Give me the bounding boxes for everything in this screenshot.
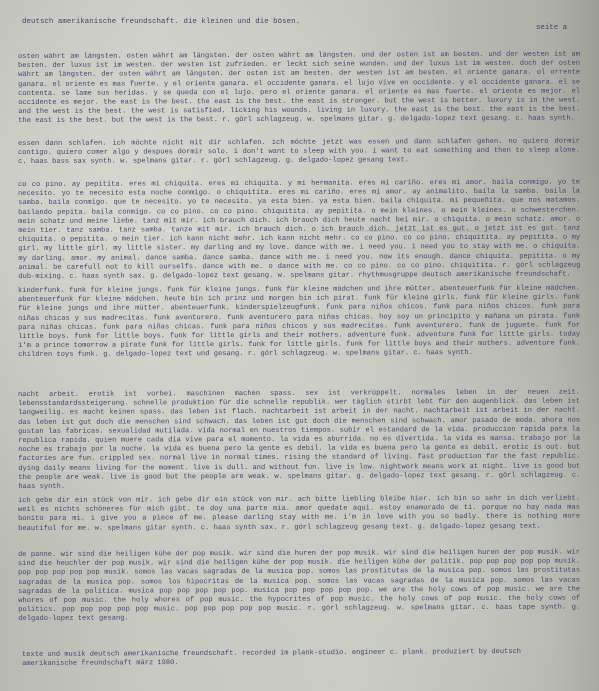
- lyric-paragraph-osten-waehrt-am-laengsten: osten währt am längsten. osten währt am …: [18, 51, 580, 127]
- lyric-paragraph-nacht-arbeit: nacht arbeit. erotik ist vorbei. maschin…: [18, 389, 580, 493]
- lyric-paragraph-ich-gebe-dir: ich gebe dir ein stück von mir. ich gebe…: [18, 495, 580, 534]
- document-title: deutsch amerikanische freundschaft. die …: [22, 18, 300, 26]
- production-credits: texte und musik deutsch amerikanische fr…: [22, 648, 562, 669]
- side-label: seite a: [536, 24, 567, 32]
- typewritten-lyric-sheet: deutsch amerikanische freundschaft. die …: [0, 0, 599, 691]
- lyric-paragraph-essen-dann-schlafen: essen dann schlafen. ich möchte nicht mi…: [18, 138, 580, 168]
- lyric-paragraph-de-panne: de panne. wir sind die heiligen kühe der…: [18, 549, 580, 625]
- lyric-paragraph-kinderfunk: kinderfunk. funk für kleine jungs. funk …: [18, 285, 580, 361]
- lyric-paragraph-co-co-pino: co co pino. ay pepitita. eres mi chiquit…: [18, 179, 580, 283]
